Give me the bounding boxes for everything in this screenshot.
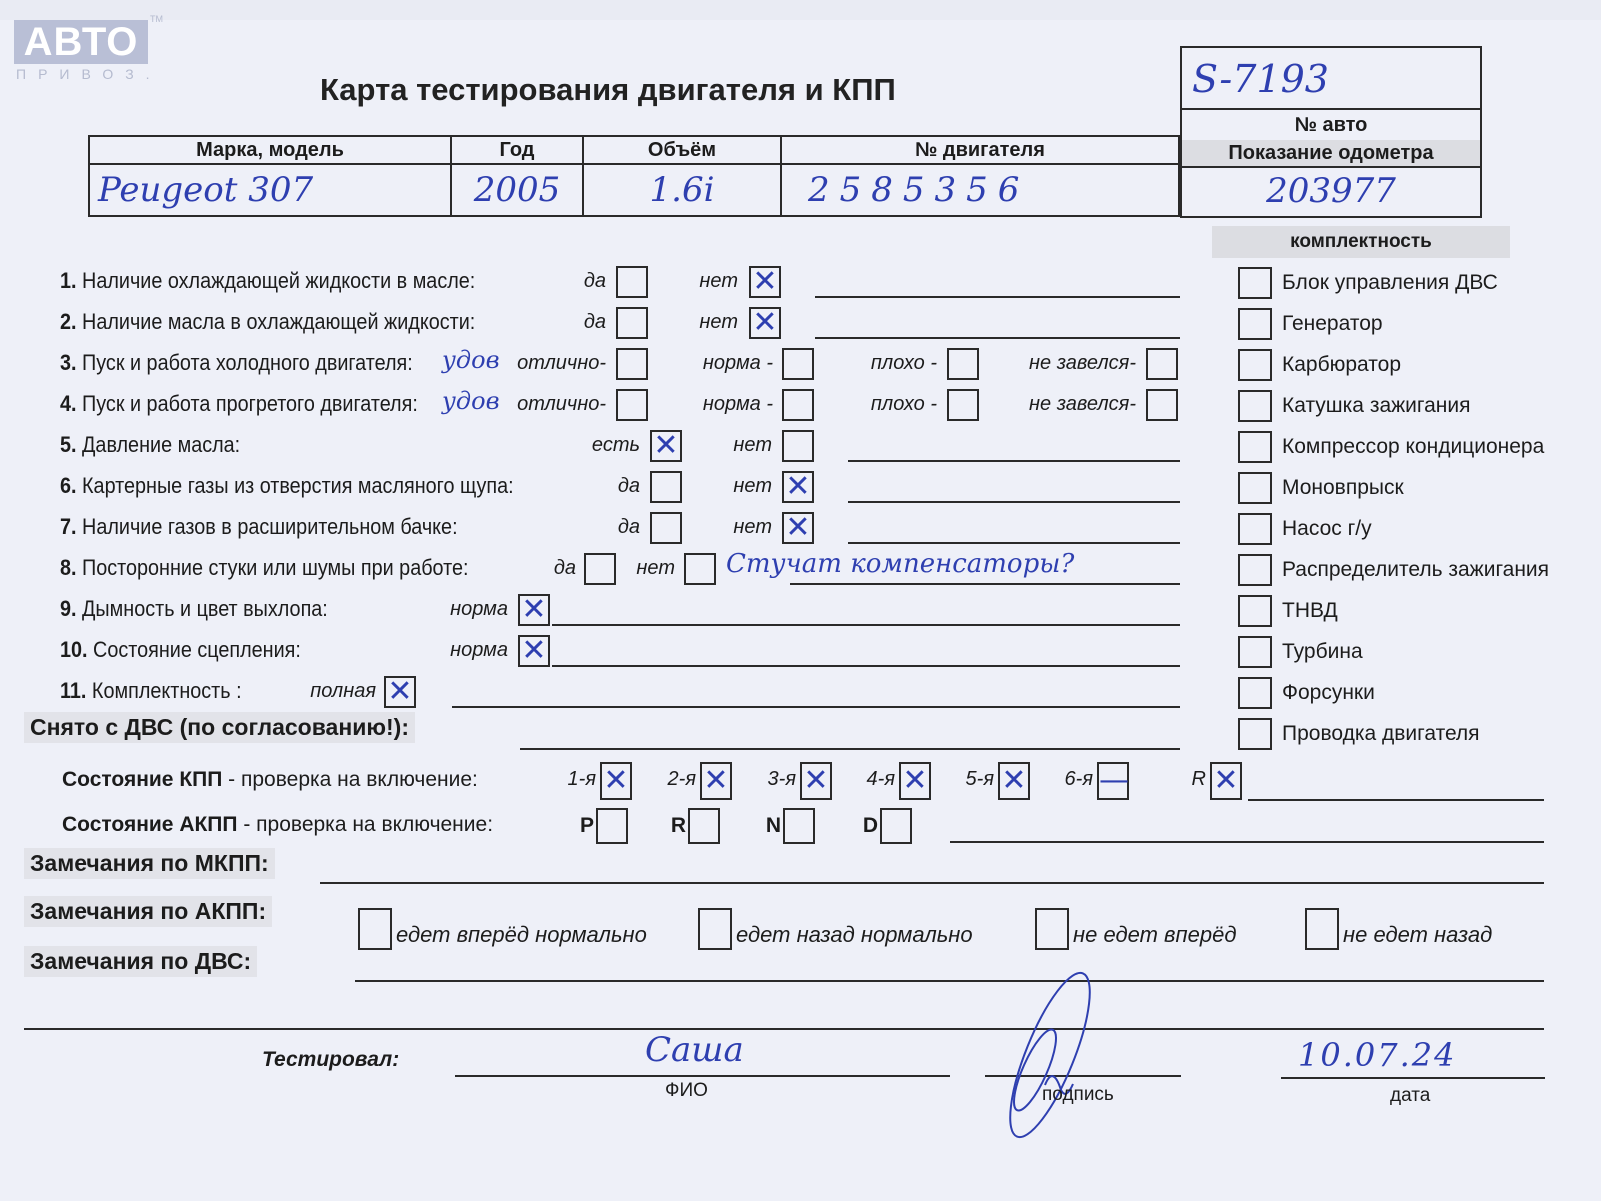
option-checkbox[interactable] <box>1146 389 1178 421</box>
option-label: да <box>584 270 606 293</box>
akpp-label-bold: Состояние АКПП <box>62 813 238 836</box>
question-8: 8. Посторонние стуки или шумы при работе… <box>60 555 468 581</box>
signature-caption: подпись <box>1042 1084 1114 1106</box>
question-number: 7. <box>60 514 82 539</box>
question-number: 9. <box>60 596 82 621</box>
handwritten-note: удов <box>442 387 500 415</box>
question-6: 6. Картерные газы из отверстия масляного… <box>60 473 514 499</box>
option-label: норма <box>450 639 508 662</box>
page-title: Карта тестирования двигателя и КПП <box>320 72 896 108</box>
volume-field[interactable]: 1.6i <box>583 164 781 216</box>
question-1: 1. Наличие охлаждающей жидкости в масле: <box>60 268 475 294</box>
kit-item-label: Компрессор кондиционера <box>1282 435 1544 459</box>
engine-remarks-label: Замечания по ДВС: <box>24 946 257 977</box>
option-label: норма - <box>703 352 773 375</box>
question-notes-line[interactable] <box>552 665 1180 667</box>
akpp-remark-checkbox[interactable] <box>1035 908 1069 950</box>
option-checkbox[interactable] <box>947 348 979 380</box>
option-label: не завелся- <box>1029 352 1136 375</box>
question-5: 5. Давление масла: <box>60 432 240 458</box>
gear-checkbox[interactable]: — <box>1097 762 1129 800</box>
question-notes-line[interactable] <box>452 706 1180 708</box>
gear-label: R <box>1192 768 1206 791</box>
question-number: 2. <box>60 309 82 334</box>
option-checkbox[interactable] <box>1146 348 1178 380</box>
akpp-position-checkbox[interactable] <box>596 808 628 844</box>
option-label: нет <box>699 270 738 293</box>
kit-item-label: Турбина <box>1282 640 1363 664</box>
date-field[interactable]: 10.07.24 <box>1298 1036 1457 1074</box>
question-number: 6. <box>60 473 82 498</box>
kit-item-label: ТНВД <box>1282 599 1338 623</box>
date-caption: дата <box>1390 1085 1430 1107</box>
gear-checkbox[interactable]: ✕ <box>600 762 632 800</box>
handwritten-note: Стучат компенсаторы? <box>726 549 1074 579</box>
kit-checkbox[interactable] <box>1238 390 1272 422</box>
logo-subtitle: ПРИВОЗ. <box>16 66 162 82</box>
gear-label: 4-я <box>867 768 895 791</box>
question-notes-line[interactable] <box>848 542 1180 544</box>
odometer-field[interactable]: 203977 <box>1182 166 1480 216</box>
gear-checkbox[interactable]: ✕ <box>800 762 832 800</box>
kit-checkbox[interactable] <box>1238 677 1272 709</box>
question-number: 8. <box>60 555 82 580</box>
kit-item-label: Насос г/у <box>1282 517 1372 541</box>
option-checkbox[interactable]: ✕ <box>749 266 781 298</box>
akpp-remark-label: не едет вперёд <box>1073 922 1237 948</box>
kit-item-label: Блок управления ДВС <box>1282 271 1498 295</box>
kit-checkbox[interactable] <box>1238 554 1272 586</box>
kit-item-label: Моновпрыск <box>1282 476 1404 500</box>
question-text: Давление масла: <box>82 432 240 457</box>
akpp-remark-label: не едет назад <box>1343 922 1492 948</box>
akpp-remark-checkbox[interactable] <box>358 908 392 950</box>
option-label: нет <box>733 434 772 457</box>
kit-item-label: Распределитель зажигания <box>1282 558 1549 582</box>
kit-item-label: Генератор <box>1282 312 1383 336</box>
option-label: да <box>618 516 640 539</box>
kpp-notes-line[interactable] <box>1248 799 1544 801</box>
option-label: плохо - <box>871 393 937 416</box>
question-3: 3. Пуск и работа холодного двигателя: <box>60 350 413 376</box>
kit-checkbox[interactable] <box>1238 267 1272 299</box>
kit-checkbox[interactable] <box>1238 431 1272 463</box>
kit-checkbox[interactable] <box>1238 308 1272 340</box>
engine-number-field[interactable]: 2585356 <box>781 164 1179 216</box>
gear-checkbox[interactable]: ✕ <box>998 762 1030 800</box>
question-number: 10. <box>60 637 93 662</box>
akpp-position-label: R <box>671 814 686 838</box>
akpp-label-rest: - проверка на включение: <box>238 813 494 836</box>
question-2: 2. Наличие масла в охлаждающей жидкости: <box>60 309 475 335</box>
mkpp-remarks-line[interactable] <box>320 882 1544 884</box>
akpp-notes-line[interactable] <box>950 841 1544 843</box>
vehicle-info-table: Марка, модель Год Объём № двигателя Peug… <box>88 135 1180 217</box>
akpp-remark-checkbox[interactable] <box>698 908 732 950</box>
question-number: 3. <box>60 350 82 375</box>
auto-number-field[interactable]: S-7193 <box>1182 48 1480 110</box>
gear-label: 5-я <box>966 768 994 791</box>
akpp-position-label: P <box>580 814 594 838</box>
make-model-field[interactable]: Peugeot 307 <box>89 164 451 216</box>
question-notes-line[interactable] <box>815 296 1180 298</box>
option-checkbox[interactable] <box>616 266 648 298</box>
col-make-model: Марка, модель <box>89 136 451 164</box>
option-checkbox[interactable]: ✕ <box>782 471 814 503</box>
question-text: Наличие масла в охлаждающей жидкости: <box>82 309 475 334</box>
gear-label: 3-я <box>768 768 796 791</box>
question-text: Комплектность : <box>92 678 242 703</box>
kit-checkbox[interactable] <box>1238 513 1272 545</box>
kit-item-label: Форсунки <box>1282 681 1375 705</box>
question-text: Картерные газы из отверстия масляного щу… <box>82 473 514 498</box>
auto-number-label: № авто <box>1182 110 1480 142</box>
option-checkbox[interactable] <box>650 471 682 503</box>
akpp-position-checkbox[interactable] <box>783 808 815 844</box>
akpp-remark-label: едет назад нормально <box>736 922 973 948</box>
gear-checkbox[interactable]: ✕ <box>899 762 931 800</box>
option-label: отлично- <box>517 352 606 375</box>
question-notes-line[interactable] <box>848 501 1180 503</box>
option-checkbox[interactable] <box>684 553 716 585</box>
question-text: Дымность и цвет выхлопа: <box>82 596 328 621</box>
question-notes-line[interactable] <box>552 624 1180 626</box>
avto-privoz-logo: АВТО <box>14 20 148 64</box>
trademark-mark: TM <box>150 14 163 24</box>
option-checkbox[interactable] <box>782 430 814 462</box>
option-checkbox[interactable] <box>782 389 814 421</box>
kit-checkbox[interactable] <box>1238 636 1272 668</box>
question-number: 11. <box>60 678 92 703</box>
handwritten-note: удов <box>442 346 500 374</box>
option-label: норма <box>450 598 508 621</box>
tester-name-field[interactable]: Саша <box>645 1030 744 1070</box>
option-label: есть <box>592 434 640 457</box>
name-caption: ФИО <box>665 1080 708 1102</box>
kit-checkbox[interactable] <box>1238 595 1272 627</box>
option-checkbox[interactable]: ✕ <box>384 676 416 708</box>
question-text: Пуск и работа холодного двигателя: <box>82 350 413 375</box>
kpp-label: Состояние КПП - проверка на включение: <box>62 768 478 792</box>
kpp-label-bold: Состояние КПП <box>62 768 222 791</box>
option-checkbox[interactable] <box>650 512 682 544</box>
option-label: нет <box>699 311 738 334</box>
question-9: 9. Дымность и цвет выхлопа: <box>60 596 328 622</box>
option-label: да <box>554 557 576 580</box>
date-line <box>1281 1077 1545 1079</box>
option-checkbox[interactable] <box>616 348 648 380</box>
question-notes-line[interactable] <box>815 337 1180 339</box>
year-field[interactable]: 2005 <box>451 164 583 216</box>
option-checkbox[interactable]: ✕ <box>749 307 781 339</box>
option-label: нет <box>733 475 772 498</box>
kpp-label-rest: - проверка на включение: <box>222 768 478 791</box>
kit-checkbox[interactable] <box>1238 718 1272 750</box>
akpp-remark-label: едет вперёд нормально <box>396 922 647 948</box>
question-4: 4. Пуск и работа прогретого двигателя: <box>60 391 418 417</box>
engine-remarks-line[interactable] <box>355 980 1544 982</box>
engine-remarks-line-2[interactable] <box>24 1028 1544 1030</box>
option-label: полная <box>310 680 376 703</box>
option-checkbox[interactable] <box>616 389 648 421</box>
gear-label: 6-я <box>1065 768 1093 791</box>
gear-label: 1-я <box>568 768 596 791</box>
col-engine-number: № двигателя <box>781 136 1179 164</box>
question-10: 10. Состояние сцепления: <box>60 637 301 663</box>
question-text: Посторонние стуки или шумы при работе: <box>82 555 468 580</box>
col-volume: Объём <box>583 136 781 164</box>
akpp-position-checkbox[interactable] <box>880 808 912 844</box>
question-text: Состояние сцепления: <box>93 637 301 662</box>
option-checkbox[interactable]: ✕ <box>518 594 550 626</box>
kit-checkbox[interactable] <box>1238 472 1272 504</box>
question-notes-line[interactable] <box>848 460 1180 462</box>
kit-item-label: Карбюратор <box>1282 353 1401 377</box>
tester-name-line <box>455 1075 950 1077</box>
mkpp-remarks-label: Замечания по МКПП: <box>24 848 275 879</box>
akpp-position-checkbox[interactable] <box>688 808 720 844</box>
question-11: 11. Комплектность : <box>60 678 242 704</box>
gear-checkbox[interactable]: ✕ <box>700 762 732 800</box>
option-label: да <box>618 475 640 498</box>
question-7: 7. Наличие газов в расширительном бачке: <box>60 514 458 540</box>
akpp-position-label: N <box>766 814 781 838</box>
option-label: нет <box>733 516 772 539</box>
removed-from-engine-line[interactable] <box>520 748 1180 750</box>
signature-scribble-icon[interactable] <box>975 965 1125 1150</box>
akpp-remark-checkbox[interactable] <box>1305 908 1339 950</box>
option-label: плохо - <box>871 352 937 375</box>
question-number: 1. <box>60 268 82 293</box>
question-number: 4. <box>60 391 82 416</box>
tested-by-label: Тестировал: <box>262 1048 399 1072</box>
akpp-remarks-label: Замечания по АКПП: <box>24 896 272 927</box>
akpp-label: Состояние АКПП - проверка на включение: <box>62 813 493 837</box>
option-label: нет <box>636 557 675 580</box>
akpp-position-label: D <box>863 814 878 838</box>
option-checkbox[interactable]: ✕ <box>518 635 550 667</box>
removed-from-engine-label: Снято с ДВС (по согласованию!): <box>24 712 415 743</box>
question-text: Пуск и работа прогретого двигателя: <box>82 391 418 416</box>
option-label: отлично- <box>517 393 606 416</box>
question-text: Наличие охлаждающей жидкости в масле: <box>82 268 475 293</box>
option-checkbox[interactable] <box>616 307 648 339</box>
odometer-label: Показание одометра <box>1182 140 1480 168</box>
auto-info-box: S-7193 № авто Показание одометра 203977 <box>1180 46 1482 218</box>
option-checkbox[interactable] <box>947 389 979 421</box>
kit-checkbox[interactable] <box>1238 349 1272 381</box>
option-checkbox[interactable]: ✕ <box>782 512 814 544</box>
gear-checkbox[interactable]: ✕ <box>1210 762 1242 800</box>
question-text: Наличие газов в расширительном бачке: <box>82 514 458 539</box>
question-number: 5. <box>60 432 82 457</box>
kit-title: комплектность <box>1212 226 1510 258</box>
option-checkbox[interactable] <box>782 348 814 380</box>
kit-item-label: Катушка зажигания <box>1282 394 1470 418</box>
option-label: да <box>584 311 606 334</box>
question-notes-line[interactable] <box>790 583 1180 585</box>
option-checkbox[interactable]: ✕ <box>650 430 682 462</box>
option-checkbox[interactable] <box>584 553 616 585</box>
option-label: норма - <box>703 393 773 416</box>
gear-label: 2-я <box>668 768 696 791</box>
col-year: Год <box>451 136 583 164</box>
option-label: не завелся- <box>1029 393 1136 416</box>
kit-item-label: Проводка двигателя <box>1282 722 1480 746</box>
